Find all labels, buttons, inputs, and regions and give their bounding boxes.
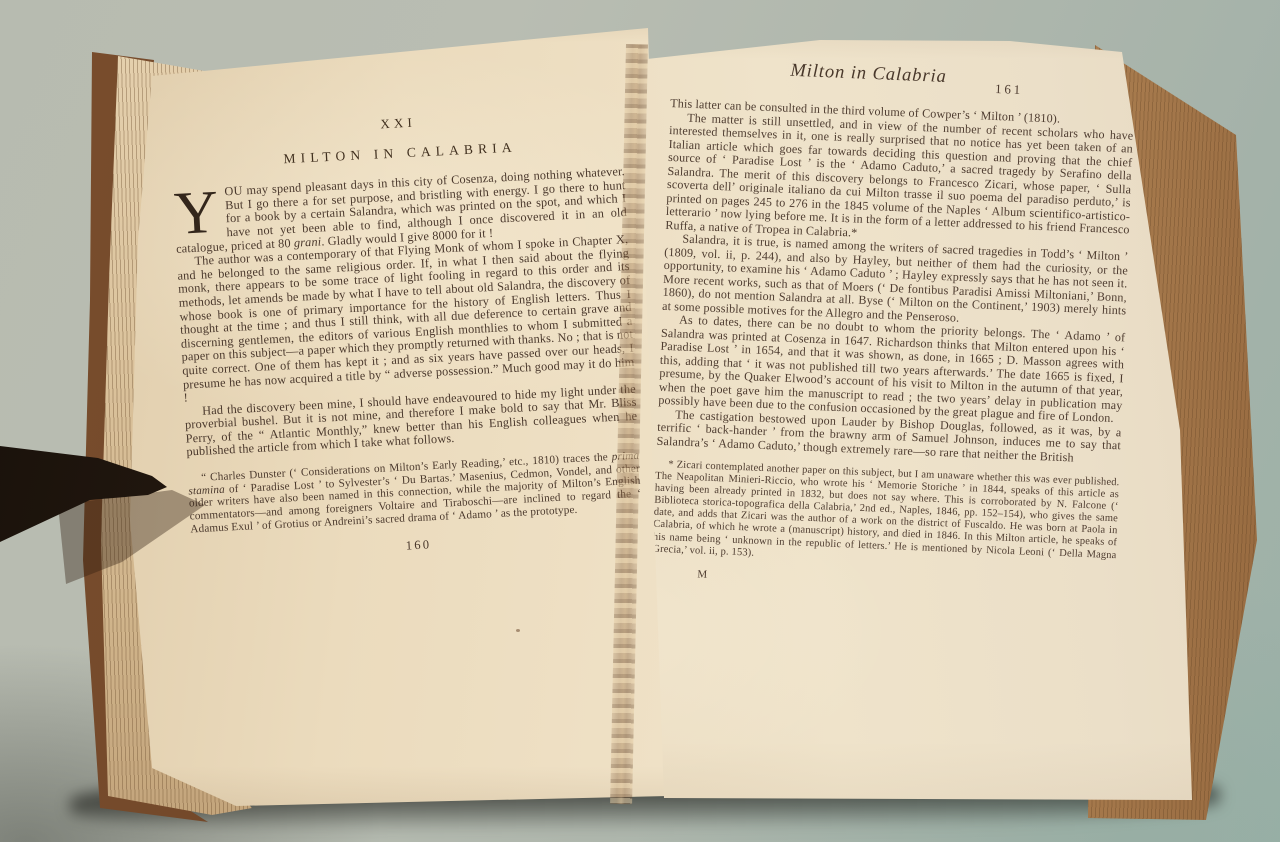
paragraph: * Zicari contemplated another paper on t… xyxy=(652,459,1120,574)
paragraph: The matter is still unsettled, and in vi… xyxy=(665,110,1134,250)
left-page-text-block: XXI MILTON IN CALABRIA YOU may spend ple… xyxy=(170,105,643,563)
text-run: * Zicari contemplated another paper on t… xyxy=(652,459,1119,561)
text-run: The author was a contemporary of that Fl… xyxy=(177,232,635,405)
text-run: The matter is still unsettled, and in vi… xyxy=(665,110,1134,239)
right-page-body: This latter can be consulted in the thir… xyxy=(656,97,1134,466)
left-page-body: YOU may spend pleasant days in this city… xyxy=(173,165,642,536)
right-page-text-block: Milton in Calabria 161 This latter can b… xyxy=(651,60,1136,598)
signature-mark: M xyxy=(697,568,1115,598)
foxing-spot xyxy=(516,629,520,632)
paragraph: The author was a contemporary of that Fl… xyxy=(176,233,635,405)
paragraph: “ Charles Dunster (‘ Considerations on M… xyxy=(187,450,642,536)
drop-cap: Y xyxy=(173,186,227,239)
footnote: * Zicari contemplated another paper on t… xyxy=(652,459,1120,574)
book-photo-scene: XXI MILTON IN CALABRIA YOU may spend ple… xyxy=(0,0,1280,842)
chapter-title: MILTON IN CALABRIA xyxy=(171,135,623,171)
running-header: Milton in Calabria xyxy=(790,65,947,85)
page-number-right: 161 xyxy=(995,82,1024,97)
page-number-left: 160 xyxy=(191,527,643,563)
chapter-number: XXI xyxy=(170,105,622,141)
